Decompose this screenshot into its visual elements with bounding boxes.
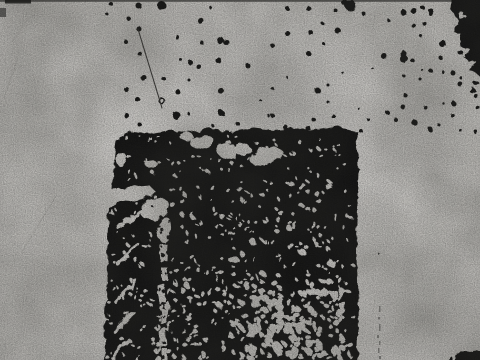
debris-spot: [126, 16, 130, 20]
debris-spot: [124, 87, 129, 92]
tower-speckle: [125, 254, 128, 257]
tower-speckle: [303, 346, 311, 351]
debris-spot: [438, 55, 442, 59]
debris-spot: [451, 101, 456, 106]
debris-spot: [137, 51, 141, 55]
debris-spot: [306, 6, 311, 11]
debris-spot: [123, 39, 127, 43]
debris-spot: [217, 37, 224, 44]
edge-code-mark: [379, 341, 381, 345]
film-still-frame: [0, 0, 480, 360]
debris-spot: [124, 113, 129, 118]
ink-blob-nub: [472, 79, 477, 84]
debris-spot: [420, 5, 424, 9]
debris-spot: [473, 129, 477, 133]
debris-spot: [135, 2, 141, 8]
debris-spot: [314, 87, 320, 93]
debris-spot: [188, 60, 193, 65]
debris-spot: [179, 58, 182, 61]
debris-spot: [286, 76, 288, 78]
debris-spot: [327, 84, 330, 87]
debris-spot: [285, 31, 290, 36]
debris-spot: [259, 99, 261, 101]
edge-code-mark: [379, 306, 381, 312]
tower-speckle: [314, 171, 317, 175]
debris-spot: [393, 117, 397, 121]
debris-spot: [450, 70, 455, 75]
debris-spot: [308, 30, 313, 35]
debris-spot: [341, 71, 343, 73]
debris-spot: [220, 111, 225, 116]
debris-spot: [411, 23, 415, 27]
debris-spot: [367, 118, 370, 121]
monument-silhouette: [95, 126, 357, 360]
debris-spot: [245, 63, 250, 68]
debris-spot: [361, 11, 365, 15]
debris-spot: [311, 117, 315, 121]
tower-highlight: [227, 254, 237, 262]
debris-spot: [215, 57, 221, 63]
debris-spot: [175, 89, 180, 94]
edge-code-mark: [377, 335, 379, 338]
ink-blob-nub: [467, 85, 473, 91]
edge-code-mark: [379, 324, 381, 331]
debris-spot: [437, 123, 440, 126]
debris-spot: [172, 111, 180, 119]
debris-spot: [187, 112, 190, 115]
debris-spot: [423, 105, 427, 109]
debris-spot: [450, 113, 454, 117]
tower-vertical-streak: [161, 348, 167, 360]
debris-spot: [211, 124, 214, 127]
debris-spot: [270, 43, 274, 47]
edge-code-mark: [378, 348, 380, 353]
tower-highlight: [178, 131, 192, 139]
debris-spot: [285, 6, 289, 10]
debris-spot: [428, 11, 432, 15]
debris-spot: [334, 27, 340, 33]
debris-spot: [322, 42, 325, 45]
debris-spot: [400, 9, 406, 15]
debris-spot: [399, 54, 407, 62]
debris-spot: [458, 50, 463, 55]
top-edge-mark: [0, 0, 480, 2]
top-edge-mark: [5, 0, 31, 4]
monument-film-still: [0, 0, 480, 360]
debris-spot: [422, 21, 426, 25]
tower-speckle: [133, 355, 137, 359]
debris-spot: [270, 113, 274, 117]
debris-spot: [333, 8, 337, 12]
debris-spot: [217, 87, 223, 93]
debris-spot: [410, 58, 414, 62]
debris-spot: [419, 34, 422, 37]
debris-spot: [411, 119, 417, 125]
debris-spot: [197, 17, 203, 23]
debris-spot: [175, 35, 179, 39]
ink-blob-hole: [456, 10, 463, 17]
debris-spot: [321, 22, 324, 25]
debris-spot: [161, 76, 165, 80]
debris-spot: [140, 74, 146, 80]
debris-spot: [267, 114, 270, 117]
debris-spot: [377, 252, 379, 254]
debris-spot: [105, 12, 108, 15]
debris-spot: [439, 40, 446, 47]
debris-spot: [135, 97, 140, 102]
debris-spot: [419, 78, 422, 81]
debris-spot: [327, 101, 330, 104]
debris-spot: [157, 1, 166, 10]
debris-spot: [357, 107, 359, 109]
debris-spot: [442, 71, 445, 74]
debris-spot: [380, 52, 386, 58]
tower-speckle: [287, 316, 291, 321]
debris-spot: [459, 129, 462, 132]
debris-spot: [385, 110, 389, 114]
debris-spot: [271, 87, 274, 90]
tower-speckle: [119, 336, 123, 340]
debris-spot: [209, 6, 212, 9]
ink-blob-nub: [447, 355, 451, 359]
debris-spot: [400, 104, 405, 109]
debris-spot: [410, 7, 416, 13]
debris-spot: [358, 128, 362, 132]
debris-spot: [199, 40, 203, 44]
debris-spot: [387, 19, 390, 22]
debris-spot: [421, 69, 423, 71]
debris-spot: [473, 93, 477, 97]
debris-spot: [331, 114, 335, 118]
top-edge-mark: [0, 8, 6, 17]
debris-spot: [371, 67, 373, 69]
tower-speckle: [342, 188, 345, 191]
debris-spot: [306, 51, 311, 56]
debris-spot: [235, 121, 239, 125]
debris-spot: [428, 68, 432, 72]
debris-spot: [402, 74, 405, 77]
debris-spot: [457, 81, 462, 86]
debris-spot: [428, 127, 433, 132]
debris-spot: [403, 93, 407, 97]
debris-spot: [442, 102, 444, 104]
debris-spot: [137, 122, 141, 126]
tower-speckle: [121, 249, 125, 252]
debris-spot: [187, 78, 190, 81]
debris-spot: [459, 76, 462, 79]
debris-spot: [475, 105, 479, 109]
debris-spot: [223, 39, 229, 45]
edge-code-mark: [379, 356, 381, 359]
edge-code-mark: [378, 317, 380, 320]
debris-spot: [196, 64, 201, 69]
